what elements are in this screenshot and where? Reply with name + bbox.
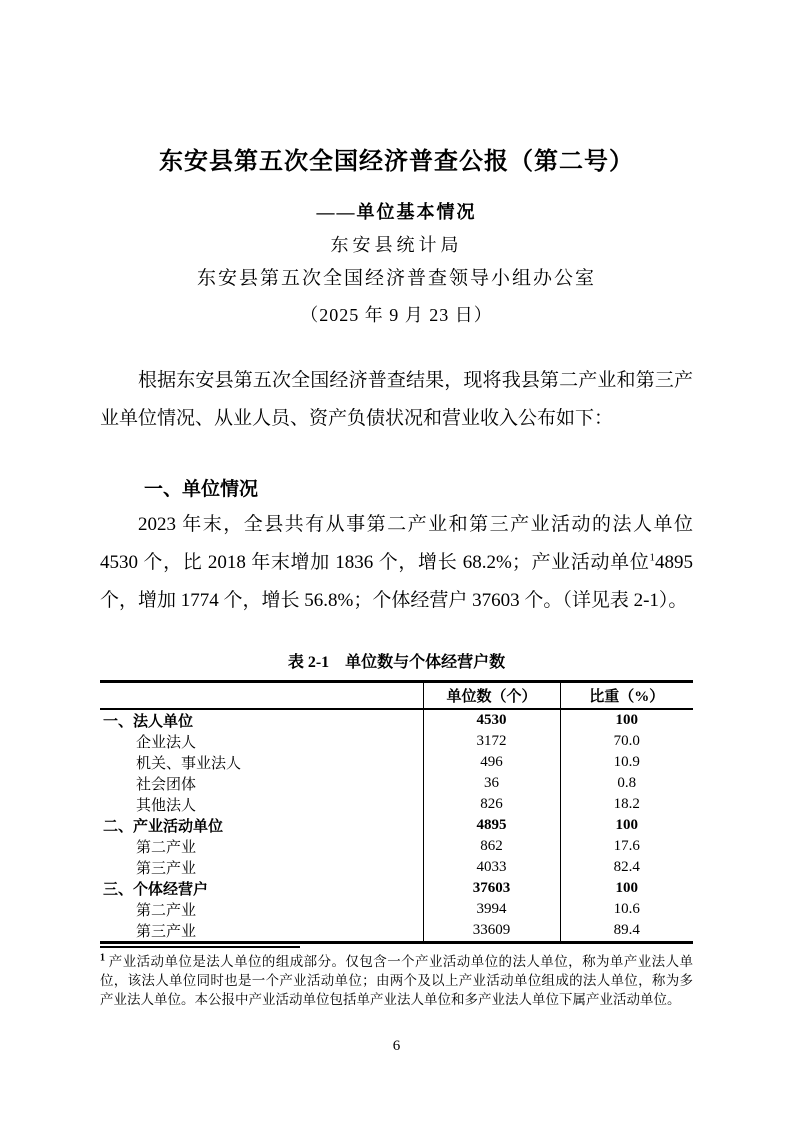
intro-paragraph: 根据东安县第五次全国经济普查结果，现将我县第二产业和第三产业单位情况、从业人员、…: [100, 362, 693, 438]
table-header-row: 单位数（个） 比重（%）: [100, 682, 693, 709]
row-label: 企业法人: [100, 731, 423, 752]
row-share: 10.9: [560, 752, 693, 773]
row-share: 0.8: [560, 773, 693, 794]
row-label: 机关、事业法人: [100, 752, 423, 773]
table-row: 社会团体 36 0.8: [100, 773, 693, 794]
row-count: 862: [423, 836, 560, 857]
table-row: 第三产业 33609 89.4: [100, 920, 693, 943]
row-share: 100: [560, 815, 693, 836]
column-header-empty: [100, 682, 423, 709]
publication-date: （2025 年 9 月 23 日）: [100, 303, 693, 327]
row-count: 36: [423, 773, 560, 794]
row-label: 第三产业: [100, 857, 423, 878]
table-row: 一、法人单位 4530 100: [100, 709, 693, 731]
row-count: 3172: [423, 731, 560, 752]
row-share: 17.6: [560, 836, 693, 857]
footnote-marker: 1: [100, 953, 105, 964]
document-page: 东安县第五次全国经济普查公报（第二号） ——单位基本情况 东安县统计局 东安县第…: [0, 0, 793, 1122]
row-share: 70.0: [560, 731, 693, 752]
unit-count-table: 单位数（个） 比重（%） 一、法人单位 4530 100 企业法人 3172 7…: [100, 680, 693, 944]
row-label: 第二产业: [100, 836, 423, 857]
table-row: 其他法人 826 18.2: [100, 794, 693, 815]
row-share: 100: [560, 878, 693, 899]
row-count: 33609: [423, 920, 560, 943]
section-heading-unit-situation: 一、单位情况: [100, 477, 693, 503]
document-subtitle: ——单位基本情况: [100, 200, 693, 224]
row-share: 82.4: [560, 857, 693, 878]
footnote: 1 产业活动单位是法人单位的组成部分。仅包含一个产业活动单位的法人单位，称为单产…: [100, 952, 693, 1009]
statistics-paragraph: 2023 年末，全县共有从事第二产业和第三产业活动的法人单位 4530 个，比 …: [100, 506, 693, 620]
row-count: 3994: [423, 899, 560, 920]
issuer-statistics-bureau: 东安县统计局: [100, 233, 693, 257]
table-row: 机关、事业法人 496 10.9: [100, 752, 693, 773]
row-label: 第三产业: [100, 920, 423, 943]
row-share: 89.4: [560, 920, 693, 943]
table-caption: 表 2-1 单位数与个体经营户数: [100, 652, 693, 674]
row-label: 其他法人: [100, 794, 423, 815]
table-row: 第三产业 4033 82.4: [100, 857, 693, 878]
footnote-separator-rule: [100, 946, 300, 948]
row-share: 10.6: [560, 899, 693, 920]
column-header-share: 比重（%）: [560, 682, 693, 709]
column-header-unit-count: 单位数（个）: [423, 682, 560, 709]
issuer-census-leading-group-office: 东安县第五次全国经济普查领导小组办公室: [100, 266, 693, 292]
table-row: 三、个体经营户 37603 100: [100, 878, 693, 899]
row-count: 37603: [423, 878, 560, 899]
row-count: 826: [423, 794, 560, 815]
footnote-text: 产业活动单位是法人单位的组成部分。仅包含一个产业活动单位的法人单位，称为单产业法…: [100, 954, 693, 1007]
table-row: 第二产业 3994 10.6: [100, 899, 693, 920]
row-count: 4530: [423, 709, 560, 731]
row-label: 一、法人单位: [100, 709, 423, 731]
row-count: 4033: [423, 857, 560, 878]
table-row: 第二产业 862 17.6: [100, 836, 693, 857]
row-count: 4895: [423, 815, 560, 836]
row-label: 二、产业活动单位: [100, 815, 423, 836]
statistics-paragraph-part1: 2023 年末，全县共有从事第二产业和第三产业活动的法人单位 4530 个，比 …: [100, 514, 693, 573]
table-row: 二、产业活动单位 4895 100: [100, 815, 693, 836]
row-label: 社会团体: [100, 773, 423, 794]
document-title: 东安县第五次全国经济普查公报（第二号）: [100, 146, 693, 178]
row-count: 496: [423, 752, 560, 773]
table-row: 企业法人 3172 70.0: [100, 731, 693, 752]
row-share: 100: [560, 709, 693, 731]
page-number: 6: [100, 1038, 693, 1055]
row-label: 三、个体经营户: [100, 878, 423, 899]
row-label: 第二产业: [100, 899, 423, 920]
row-share: 18.2: [560, 794, 693, 815]
